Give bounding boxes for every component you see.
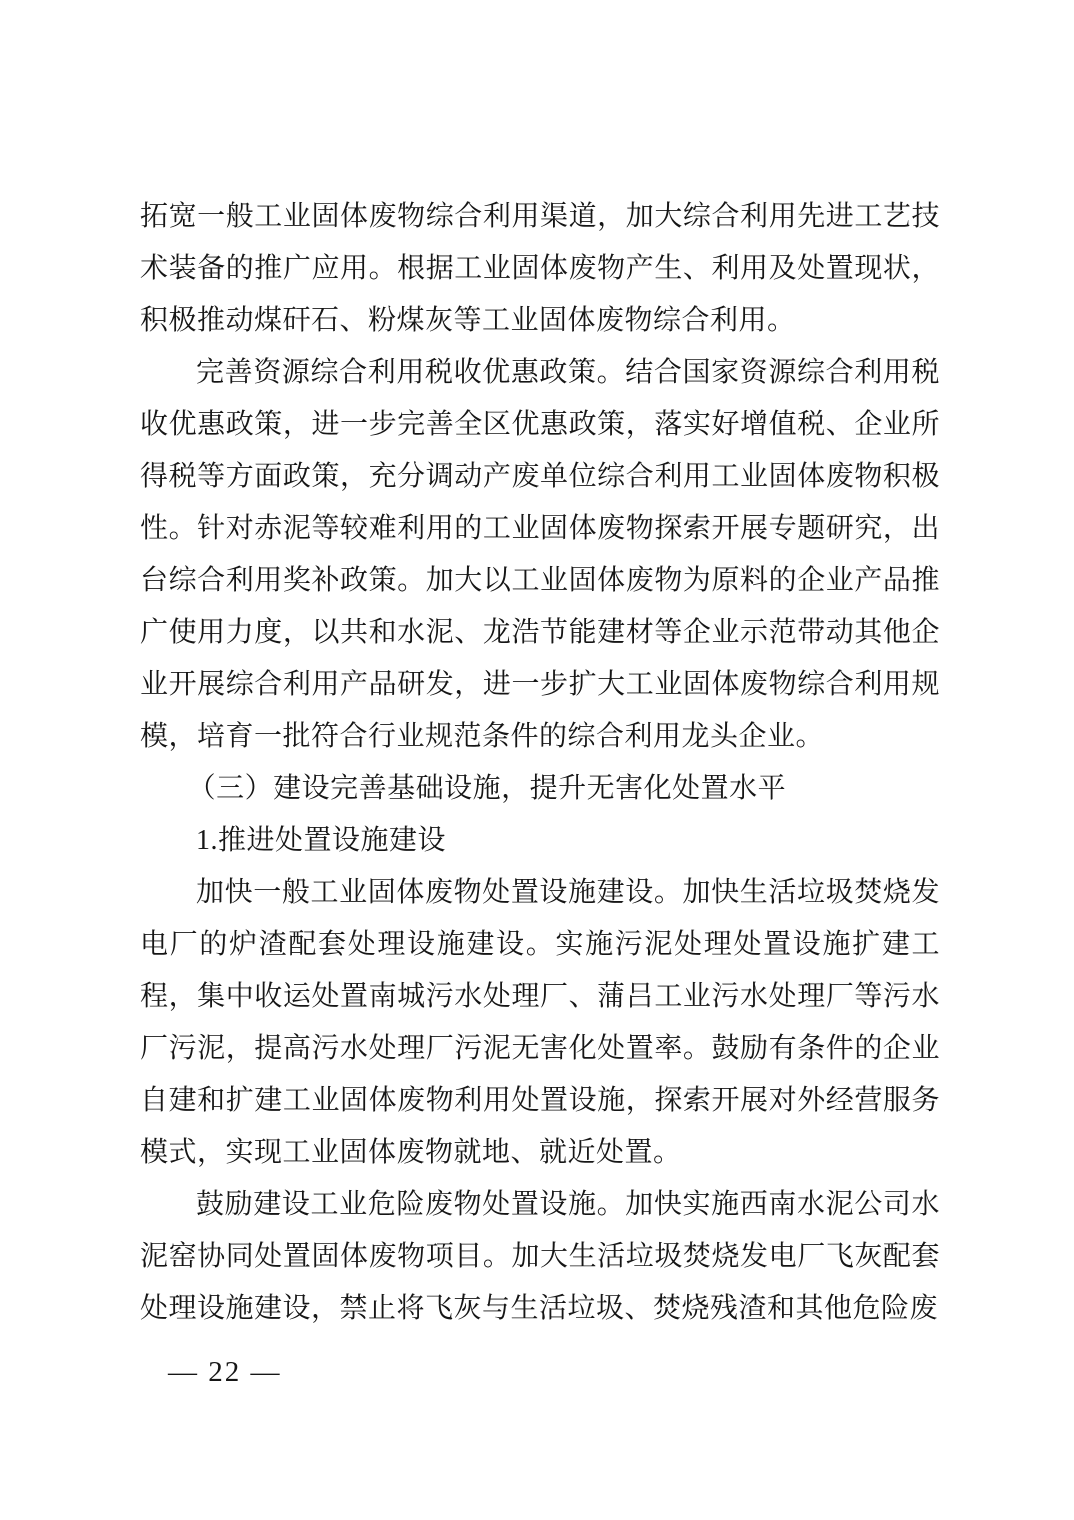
document-page: 拓宽一般工业固体废物综合利用渠道，加大综合利用先进工艺技术装备的推广应用。根据工… [0, 0, 1074, 1520]
paragraph-disposal-facilities: 加快一般工业固体废物处置设施建设。加快生活垃圾焚烧发电厂的炉渣配套处理设施建设。… [140, 867, 940, 1179]
paragraph-tax-policy: 完善资源综合利用税收优惠政策。结合国家资源综合利用税收优惠政策，进一步完善全区优… [140, 347, 940, 763]
section-heading: （三）建设完善基础设施，提升无害化处置水平 [140, 763, 940, 815]
paragraph-continuation: 拓宽一般工业固体废物综合利用渠道，加大综合利用先进工艺技术装备的推广应用。根据工… [140, 191, 940, 347]
page-footer: — 22 — [168, 1352, 282, 1392]
paragraph-hazardous-waste: 鼓励建设工业危险废物处置设施。加快实施西南水泥公司水泥窑协同处置固体废物项目。加… [140, 1179, 940, 1335]
document-body: 拓宽一般工业固体废物综合利用渠道，加大综合利用先进工艺技术装备的推广应用。根据工… [140, 191, 940, 1335]
page-number: — 22 — [168, 1356, 282, 1388]
sub-heading: 1.推进处置设施建设 [140, 815, 940, 867]
